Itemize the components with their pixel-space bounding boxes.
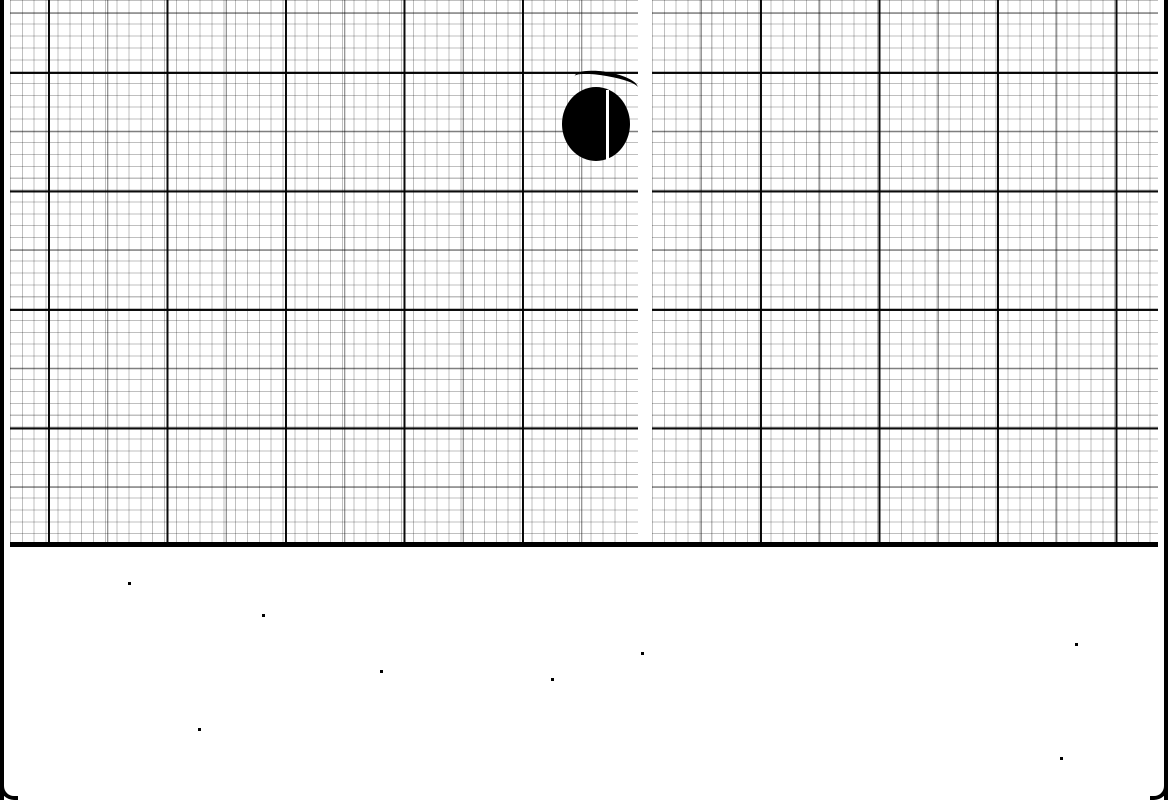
dust-speck	[198, 728, 201, 731]
dust-speck	[380, 670, 383, 673]
dust-speck	[262, 614, 265, 617]
dust-speck	[1075, 643, 1078, 646]
dust-speck	[551, 678, 554, 681]
dust-speck	[641, 652, 644, 655]
scanned-graph-paper: Scanned monochrome photograph of graph p…	[0, 0, 1168, 800]
punched-hole	[562, 87, 630, 161]
grid-pattern	[10, 0, 638, 547]
dust-speck	[128, 582, 131, 585]
sheet-bottom-edge	[10, 542, 1158, 547]
sheet-fold-gap	[638, 0, 652, 550]
scan-left-edge	[0, 0, 4, 800]
graph-sheet-left	[10, 0, 638, 547]
punched-hole-highlight	[606, 90, 609, 160]
grid-pattern	[652, 0, 1158, 547]
dust-speck	[1060, 757, 1063, 760]
scan-right-edge	[1164, 0, 1168, 800]
graph-sheet-right	[652, 0, 1158, 547]
